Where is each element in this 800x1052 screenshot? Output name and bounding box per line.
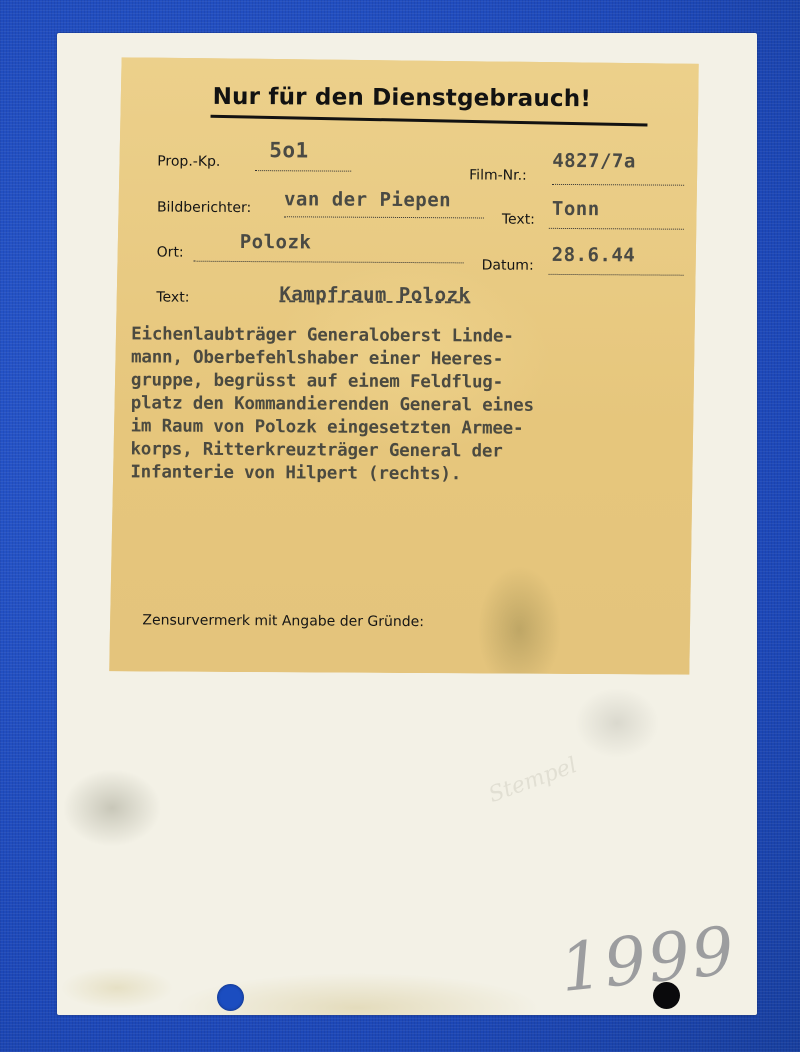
datum-line [549, 274, 684, 276]
bildberichter-label: Bildberichter: [157, 199, 251, 216]
caption-block: Eichenlaubträger Generaloberst Linde-man… [130, 323, 696, 487]
bildberichter-value: van der Piepen [284, 188, 451, 211]
slip-title: Nur für den Dienstgebrauch! [213, 84, 592, 112]
caption-line: korps, Ritterkreuzträger General der [130, 438, 695, 464]
text-author-line [549, 228, 684, 230]
caption-line: Eichenlaubträger Generaloberst Linde- [131, 323, 696, 349]
text-author-label: Text: [502, 212, 535, 228]
text-title-value: Kampfraum Polozk [279, 283, 470, 306]
caption-line: Infanterie von Hilpert (rechts). [130, 461, 695, 487]
caption-line: platz den Kommandierenden General eines [131, 392, 696, 418]
title-underline [211, 115, 648, 127]
film-nr-value: 4827/7a [552, 150, 636, 173]
censor-note-label: Zensurvermerk mit Angabe der Gründe: [142, 612, 424, 630]
punch-hole-right [653, 982, 680, 1009]
caption-line: gruppe, begrüsst auf einem Feldflug- [131, 369, 696, 395]
bildberichter-line [284, 216, 484, 218]
datum-label: Datum: [482, 257, 534, 273]
prop-kp-value: 5o1 [269, 138, 309, 162]
punch-hole-left [217, 984, 244, 1011]
handwritten-archive-number: 1999 [556, 912, 739, 1007]
text-author-value: Tonn [552, 198, 600, 220]
service-slip: Nur für den Dienstgebrauch! Prop.-Kp. 5o… [109, 57, 699, 675]
ort-label: Ort: [157, 244, 184, 260]
ort-line [194, 261, 464, 264]
text-title-label: Text: [156, 289, 189, 305]
ort-value: Polozk [240, 231, 312, 253]
faint-watermark: Stempel [485, 753, 580, 808]
caption-line: im Raum von Polozk eingesetzten Armee- [131, 415, 696, 441]
prop-kp-line [255, 170, 351, 172]
film-nr-label: Film-Nr.: [469, 167, 527, 183]
prop-kp-label: Prop.-Kp. [157, 153, 220, 169]
datum-value: 28.6.44 [552, 244, 636, 267]
caption-line: mann, Oberbefehlshaber einer Heeres- [131, 346, 696, 372]
film-nr-line [552, 184, 684, 186]
